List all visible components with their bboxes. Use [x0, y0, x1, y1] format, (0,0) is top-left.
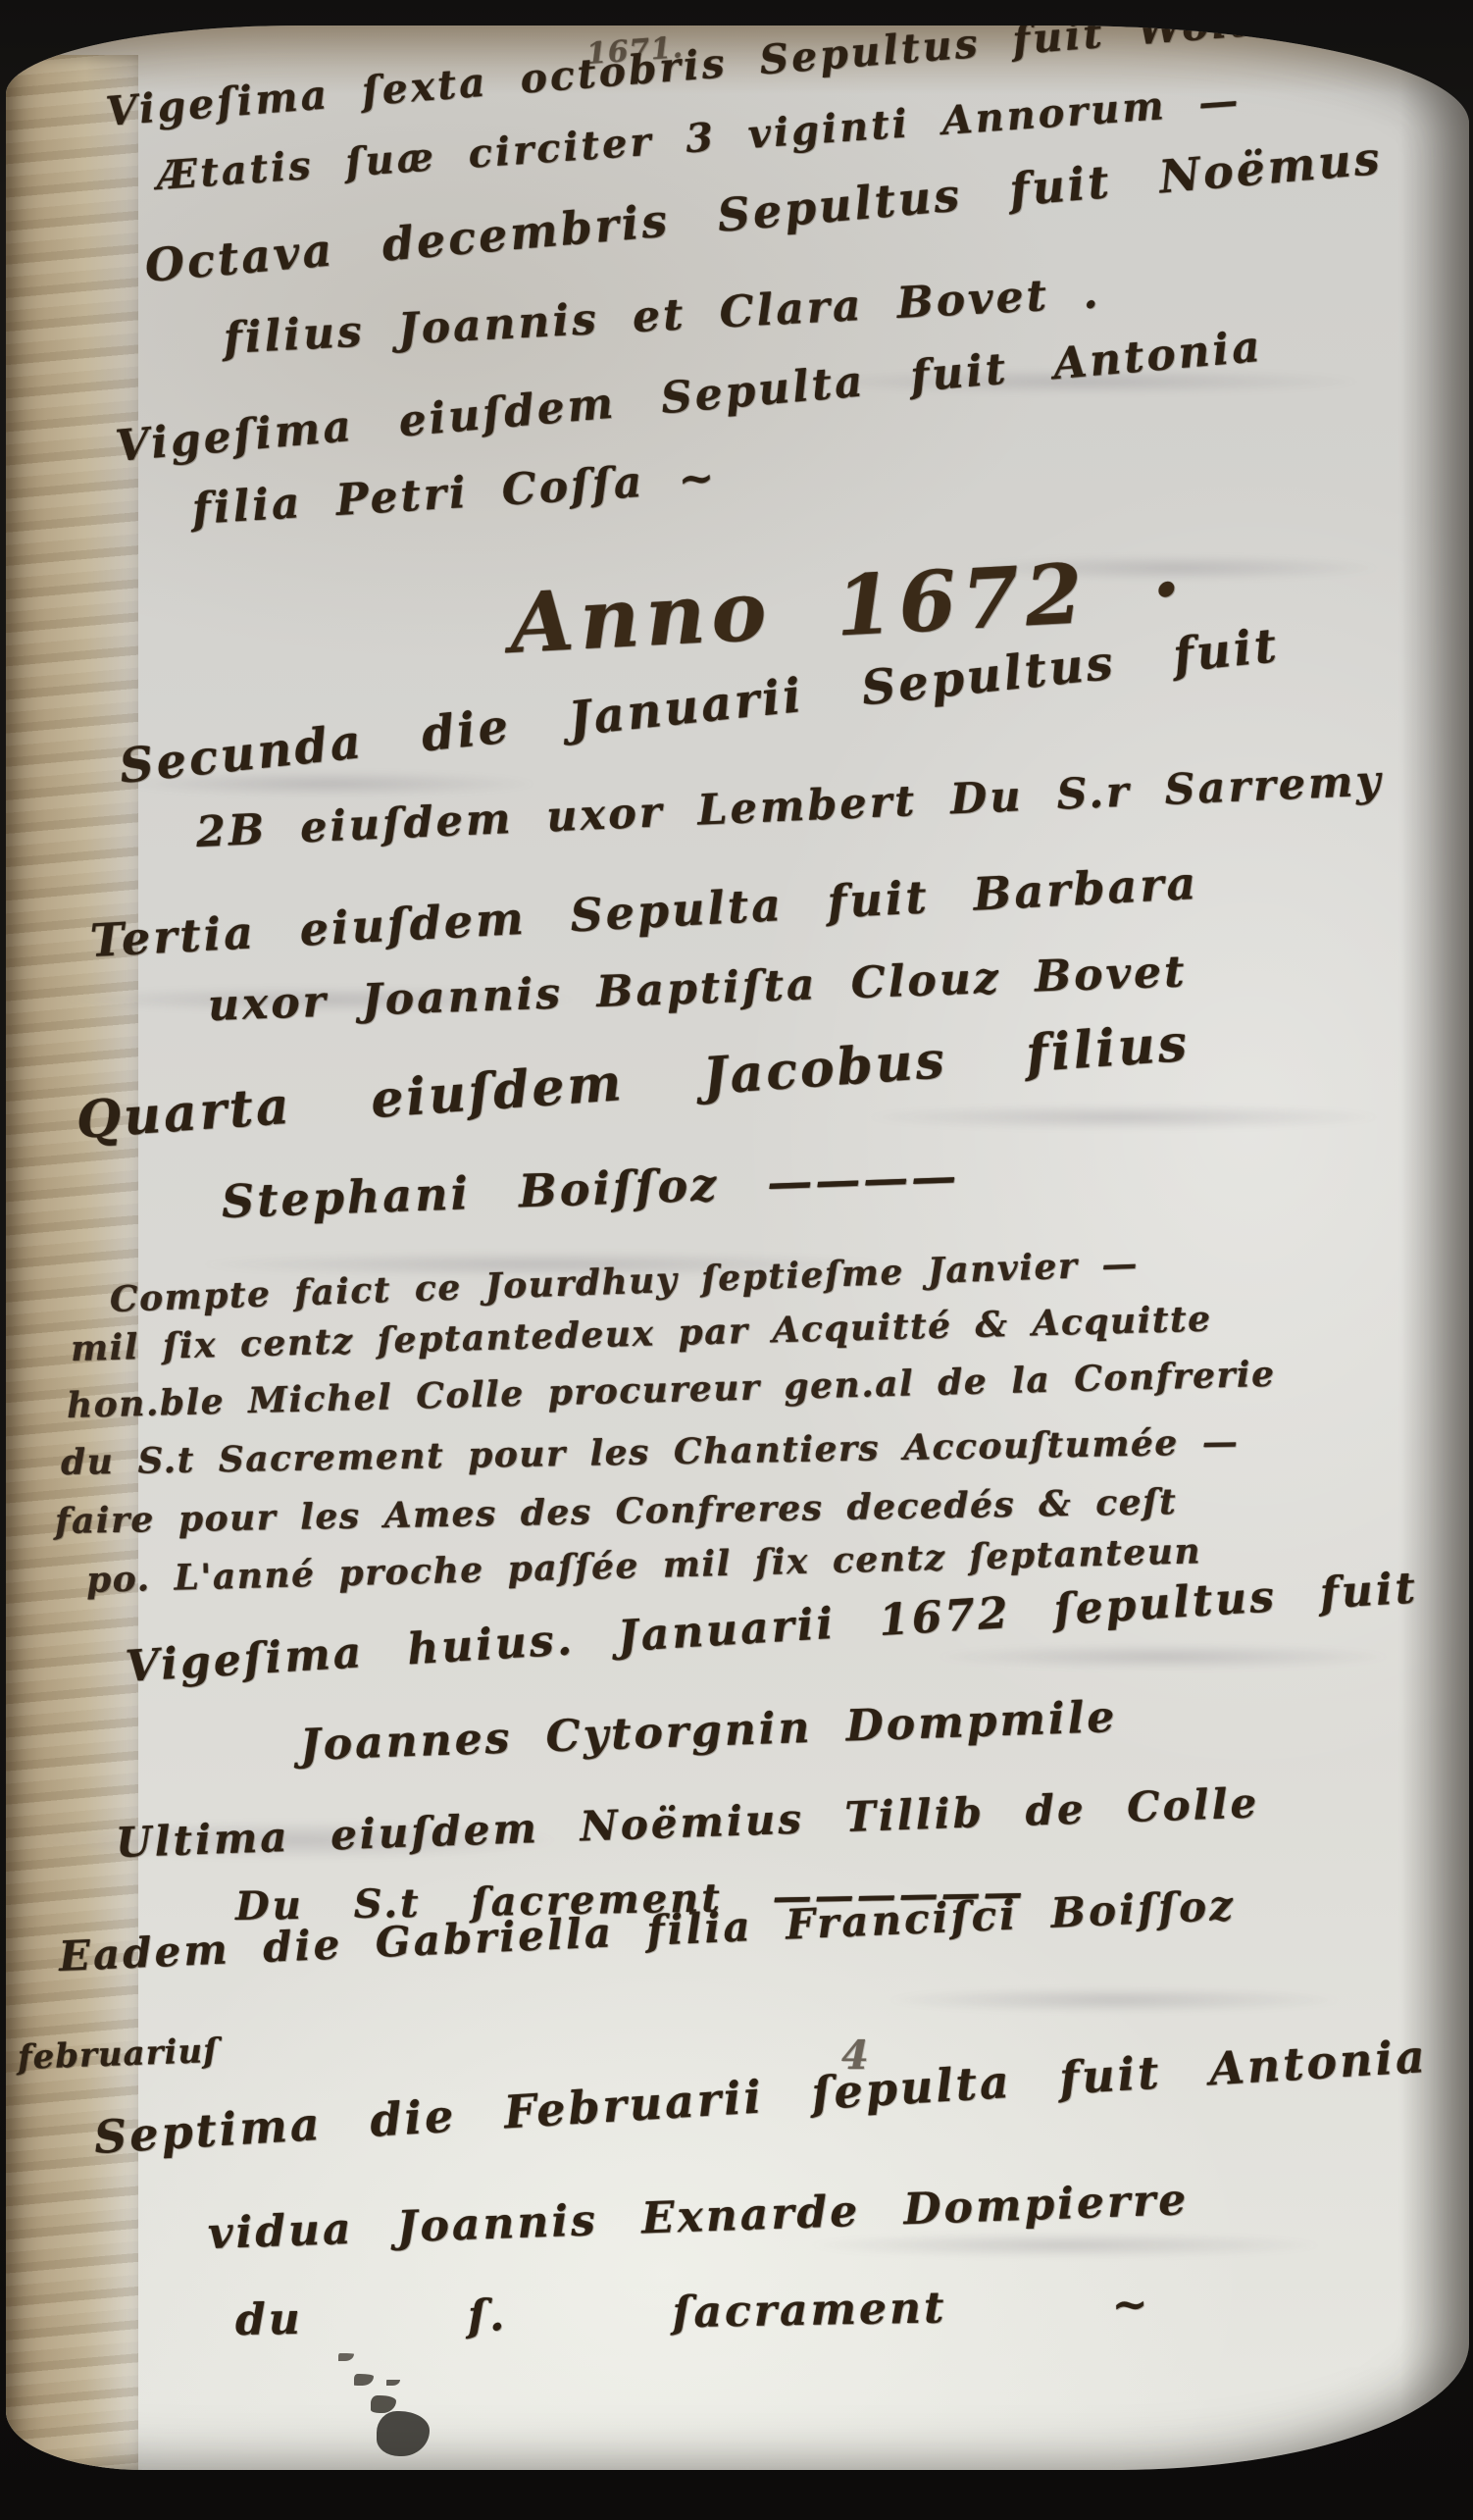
- page-deckle-edge: [6, 55, 138, 2470]
- burial-entry-line: Stephani Boiſſoz ————: [221, 1150, 960, 1228]
- burial-entry-line: uxor Joannis Baptiſta Clouz Bovet: [207, 947, 1188, 1031]
- ink-bleedthrough: [869, 1105, 1379, 1130]
- ink-blot: [377, 2411, 430, 2456]
- burial-entry-line: Ultima eiuſdem Noëmius Tillib de Colle: [115, 1778, 1260, 1867]
- burial-entry-line: Joannes Cytorgnin Dompmile: [299, 1692, 1118, 1771]
- page-curvature-shadow: [1400, 26, 1469, 2470]
- ink-bleedthrough: [810, 2233, 1320, 2258]
- ink-bleedthrough: [938, 1644, 1389, 1670]
- register-page: 1671. Vigeſima ſexta octobris Sepultus f…: [6, 26, 1469, 2470]
- burial-entry-line: filia Petri Coſſa ~: [190, 452, 718, 535]
- burial-entry-line: Quarta eiuſdem Jacobus filius: [75, 1013, 1192, 1151]
- ink-bleedthrough: [889, 1987, 1340, 2013]
- burial-entry-line: du ſ. ſacrament ~: [235, 2280, 1151, 2345]
- burial-entry-line: Tertia eiuſdem Sepulta fuit Barbara: [89, 856, 1200, 967]
- month-margin-note: februariuſ: [17, 2031, 219, 2078]
- photograph-background: 1671. Vigeſima ſexta octobris Sepultus f…: [0, 0, 1473, 2520]
- account-note-line: du S.t Sacrement pour les Chantiers Acco…: [61, 1421, 1240, 1483]
- burial-entry-line: Septima die Februarii ſepulta fuit Anton…: [92, 2030, 1429, 2164]
- account-note-line: faire pour les Ames des Confreres decedé…: [55, 1481, 1178, 1542]
